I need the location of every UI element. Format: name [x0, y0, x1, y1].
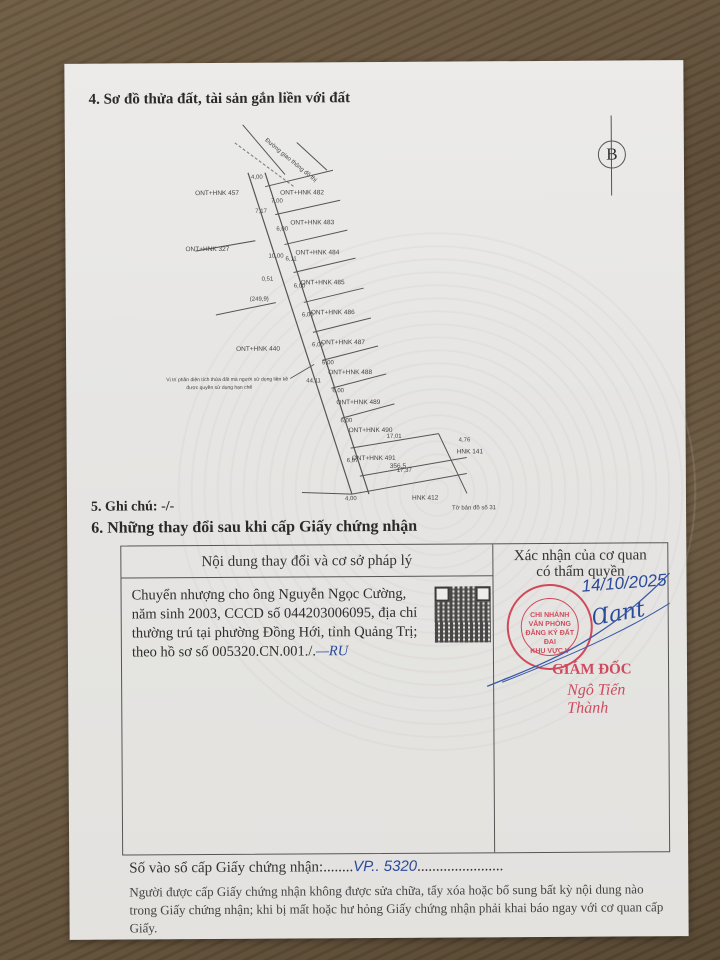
- map-sheet-number: Tờ bản đồ số 31: [452, 505, 497, 511]
- parcel-label: ONT+HNK 457: [195, 190, 239, 197]
- restricted-note-2: được quyền sử dụng hạn chế: [186, 384, 252, 391]
- dimension-label: 6,11: [286, 256, 298, 262]
- dimension-label: 4,00: [251, 175, 263, 181]
- parcel-label: ONT+HNK 484: [295, 249, 339, 256]
- dimension-label: 6,00: [332, 388, 344, 394]
- footer-warning-note: Người được cấp Giấy chứng nhận không đượ…: [129, 880, 669, 937]
- dimension-label: 6,00: [276, 227, 288, 233]
- dimension-label: 17,37: [397, 468, 413, 474]
- parcel-label: ONT+HNK 440: [236, 346, 280, 353]
- land-certificate-page: 4. Sơ đồ thửa đất, tài sản gắn liền với …: [64, 60, 688, 940]
- parcel-label: ONT+HNK 483: [290, 219, 334, 226]
- header-authority-line1: Xác nhận của cơ quan: [493, 547, 667, 564]
- parcel-label: ONT+HNK 327: [185, 246, 229, 253]
- director-name: Ngô Tiến Thành: [567, 681, 668, 718]
- road-label: Đường giao thông đô thị: [264, 138, 318, 184]
- parcel-label: ONT+HNK 488: [328, 369, 372, 376]
- dimension-label: 44,11: [306, 378, 321, 384]
- dimension-label: 4,00: [345, 496, 357, 502]
- registry-value: VP.. 5320: [353, 858, 417, 875]
- dimension-label: 7,00: [271, 199, 283, 205]
- registry-dots: .......................: [417, 858, 503, 875]
- header-change-content: Nội dung thay đổi và cơ sở pháp lý: [121, 544, 493, 578]
- dimension-label: 0,51: [262, 277, 274, 283]
- changes-table: Nội dung thay đổi và cơ sở pháp lý Xác n…: [120, 542, 670, 855]
- dimension-label: 6,00: [322, 360, 334, 366]
- parcel-label: ONT+HNK 489: [336, 399, 380, 406]
- dimension-label: 6,07: [347, 458, 359, 464]
- registry-label: Số vào sổ cấp Giấy chứng nhận:........: [129, 859, 353, 876]
- parcel-label: ONT+HNK 486: [311, 309, 355, 316]
- dimension-label: 6,00: [340, 418, 352, 424]
- parcel-label: ONT+HNK 485: [301, 279, 345, 286]
- parcel-label: HNK 141: [457, 448, 484, 455]
- handwritten-initials: —RU: [316, 643, 348, 659]
- parcel-label: HNK 412: [412, 495, 439, 502]
- registry-number: Số vào sổ cấp Giấy chứng nhận:........VP…: [129, 857, 503, 877]
- plot-diagram: Đường giao thông đô thị ONT+HNK 457ONT+H…: [64, 60, 686, 524]
- parcel-label: ONT+HNK 482: [280, 189, 324, 196]
- dimension-label: 10,00: [268, 254, 284, 260]
- dimension-label: (249,9): [250, 297, 269, 303]
- parcel-label: ONT+HNK 487: [321, 339, 365, 346]
- restricted-note-1: Vị trí phần diện tích thửa đất mà người …: [166, 376, 288, 384]
- dimension-label: 4,76: [459, 437, 471, 443]
- dimension-label: 17,01: [387, 434, 403, 440]
- transfer-text: Chuyển nhượng cho ông Nguyễn Ngọc Cường,…: [132, 586, 418, 661]
- section-5-notes: 5. Ghi chú: -/-: [91, 499, 174, 516]
- dimension-label: 6,00: [302, 312, 314, 318]
- director-title: GIÁM ĐỐC: [552, 661, 632, 678]
- dimension-label: 7,17: [255, 209, 267, 215]
- section-6-title: 6. Những thay đổi sau khi cấp Giấy chứng…: [91, 518, 417, 538]
- transfer-content: Chuyển nhượng cho ông Nguyễn Ngọc Cường,…: [132, 585, 422, 663]
- dimension-label: 6,00: [312, 342, 324, 348]
- dimension-label: 6,00: [294, 283, 306, 289]
